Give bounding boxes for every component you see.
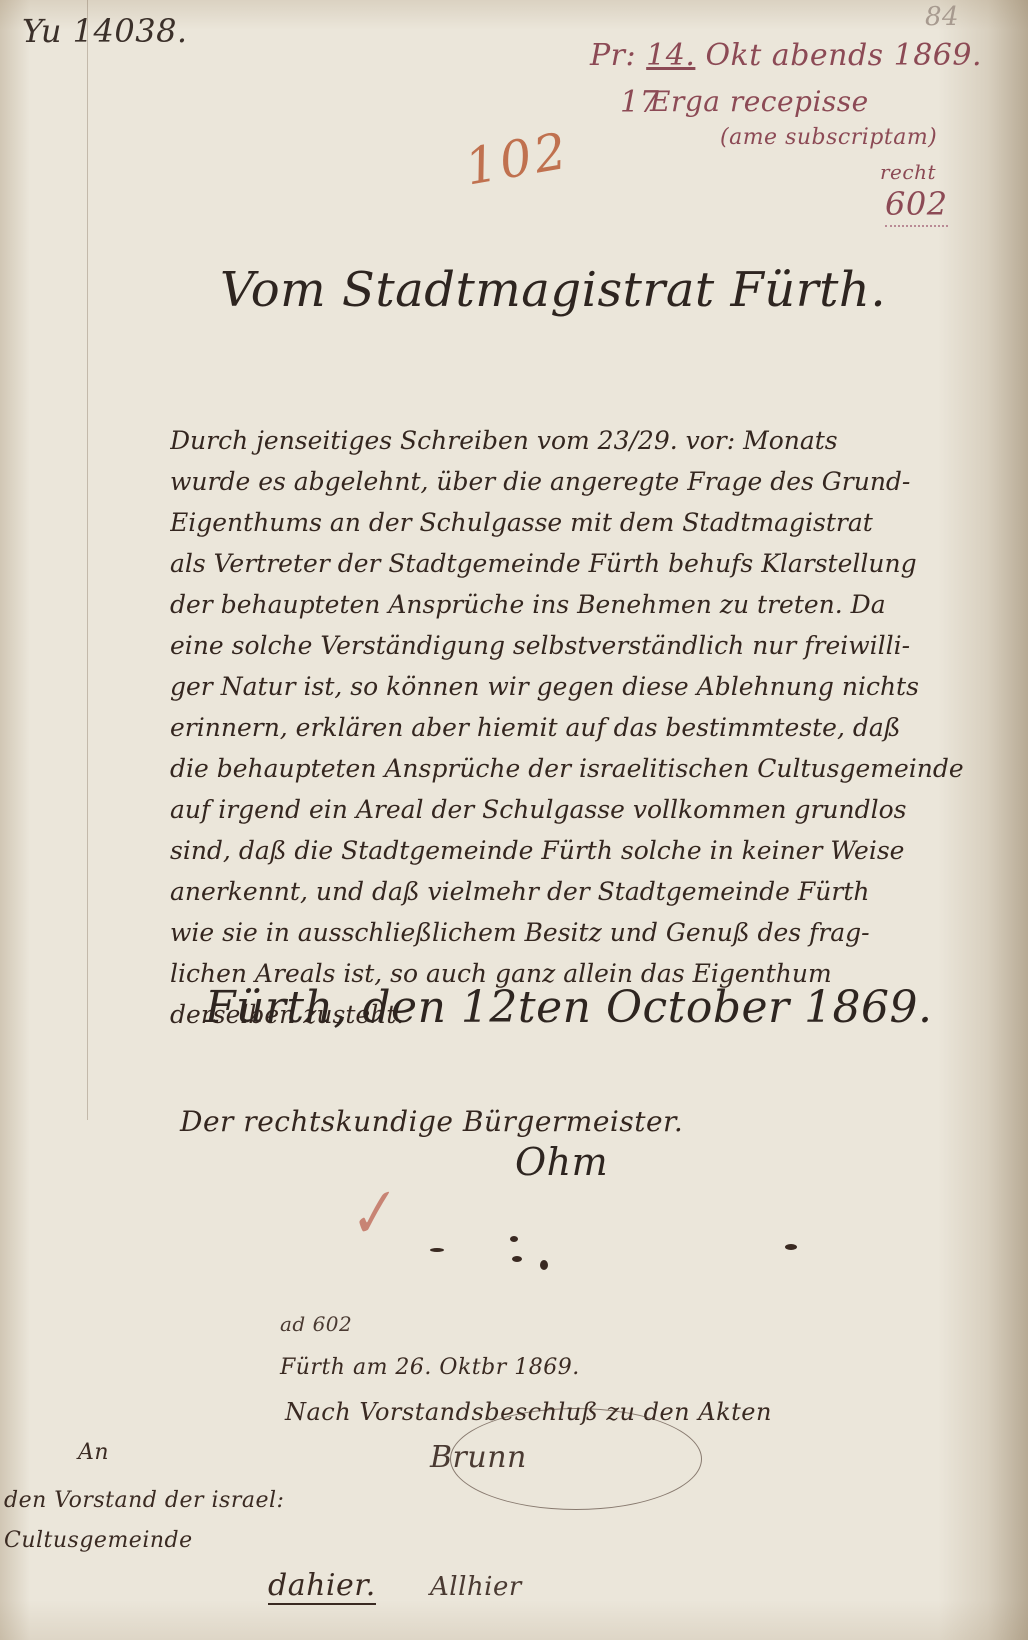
archive-number: Yu 14038. — [22, 12, 188, 50]
annotation-received: Fürth am 26. Oktbr 1869. — [280, 1355, 580, 1380]
annotation-initials: Brunn — [430, 1440, 527, 1475]
registration-fraction: 17 — [620, 85, 659, 120]
registration-date-rest: Okt abends 1869. — [705, 38, 982, 73]
ink-blot — [785, 1244, 797, 1250]
body-line: auf irgend ein Areal der Schulgasse voll… — [170, 789, 990, 830]
body-line: der behaupteten Ansprüche ins Benehmen z… — [170, 584, 990, 625]
body-line: Durch jenseitiges Schreiben vom 23/29. v… — [170, 420, 990, 461]
ink-blot — [430, 1248, 444, 1252]
body-line: erinnern, erklären aber hiemit auf das b… — [170, 707, 990, 748]
body-line: wurde es abgelehnt, über die angeregte F… — [170, 461, 990, 502]
letter-body: Durch jenseitiges Schreiben vom 23/29. v… — [170, 420, 990, 1035]
body-line: als Vertreter der Stadtgemeinde Fürth be… — [170, 543, 990, 584]
body-line: sind, daß die Stadtgemeinde Fürth solche… — [170, 830, 990, 871]
body-line: wie sie in ausschließlichem Besitz und G… — [170, 912, 990, 953]
date-line: Fürth, den 12ten October 1869. — [205, 982, 933, 1033]
body-line: eine solche Verständigung selbstverständ… — [170, 625, 990, 666]
margin-line — [87, 0, 88, 1120]
signatory-title: Der rechtskundige Bürgermeister. — [180, 1105, 683, 1138]
body-line: ger Natur ist, so können wir gegen diese… — [170, 666, 990, 707]
registration-number: 602 — [885, 185, 948, 227]
registration-note-line-1: Pr: 14. Okt abends 1869. — [590, 38, 982, 73]
registration-note-line-3: (ame subscriptam) — [720, 125, 937, 150]
crayon-number: 102 — [461, 121, 574, 196]
body-line: die behaupteten Ansprüche der israelitis… — [170, 748, 990, 789]
addressee-line-3: Cultusgemeinde — [4, 1528, 193, 1553]
check-mark-icon: ✓ — [337, 1175, 404, 1256]
registration-day: 14. — [646, 38, 695, 73]
addressee-initials: Allhier — [430, 1572, 522, 1602]
page-title: Vom Stadtmagistrat Fürth. — [220, 262, 886, 318]
folio-number: 84 — [925, 2, 959, 32]
registration-note-line-4: recht — [880, 160, 936, 184]
document-page: Yu 14038. 84 Pr: 14. Okt abends 1869. 17… — [0, 0, 1028, 1640]
signature: Ohm — [515, 1140, 608, 1184]
annotation-reference: ad 602 — [280, 1312, 352, 1336]
addressee-location: dahier. — [268, 1568, 376, 1605]
registration-prefix: Pr: — [590, 38, 646, 73]
addressee-line-1: An — [78, 1440, 109, 1465]
ink-blot — [510, 1236, 518, 1242]
registration-note-line-2: 17 Erga recepisse — [650, 85, 869, 118]
addressee-line-2: den Vorstand der israel: — [4, 1488, 284, 1513]
registration-erga: Erga recepisse — [650, 85, 869, 118]
ink-blot — [540, 1260, 548, 1270]
body-line: anerkennt, und daß vielmehr der Stadtgem… — [170, 871, 990, 912]
ink-blots — [430, 1230, 710, 1270]
ink-blot — [512, 1256, 522, 1262]
body-line: Eigenthums an der Schulgasse mit dem Sta… — [170, 502, 990, 543]
